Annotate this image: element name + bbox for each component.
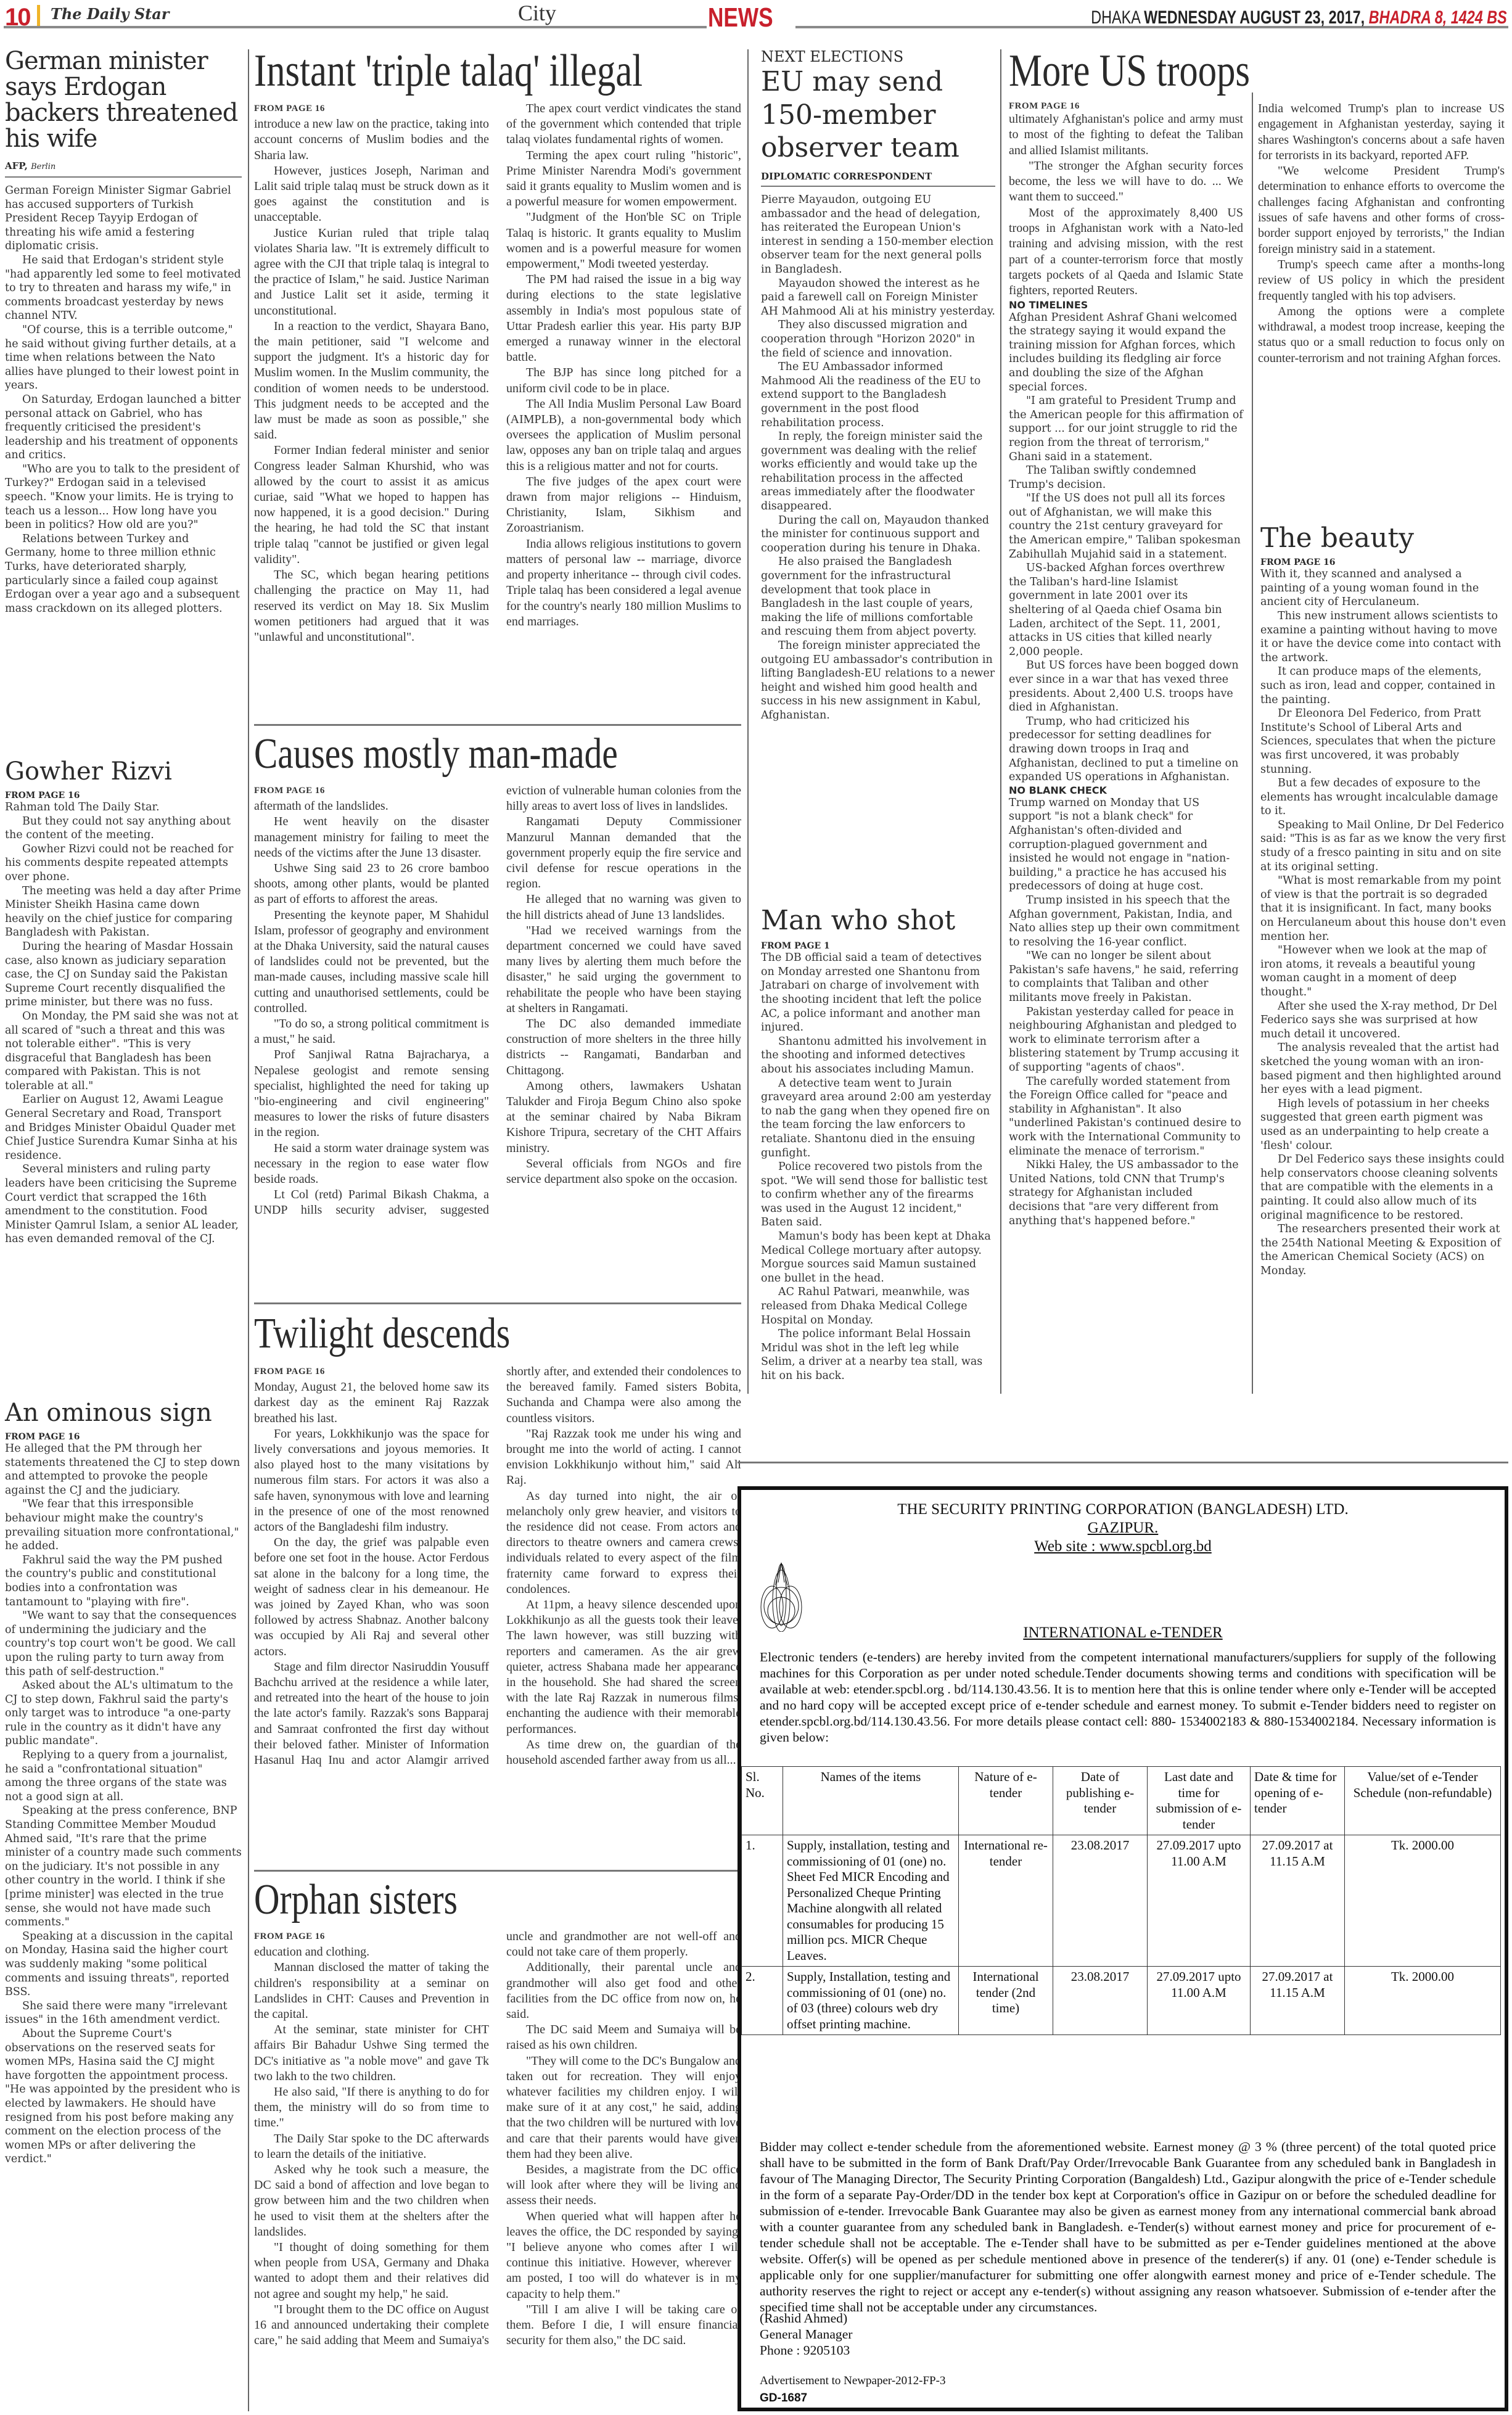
headline: Causes mostly man-made: [254, 733, 654, 776]
section-rule: [738, 1462, 1508, 1463]
column-rule: [1000, 49, 1001, 1394]
continued-from: FROM PAGE 16: [254, 783, 489, 799]
ad-terms: Bidder may collect e-tender schedule fro…: [760, 2139, 1496, 2315]
article-body-col-b: India welcomed Trump's plan to increase …: [1258, 101, 1505, 366]
section-label: NEWS: [708, 2, 773, 33]
headline: The beauty: [1260, 524, 1508, 553]
headline: Orphan sisters: [254, 1878, 654, 1922]
article-body: He alleged that the PM through her state…: [5, 1442, 242, 2166]
article-the-beauty: The beauty FROM PAGE 16 With it, they sc…: [1260, 524, 1508, 1278]
section-rule: [254, 724, 741, 726]
article-body: FROM PAGE 16 introduce a new law on the …: [254, 101, 741, 712]
dateline-date: WEDNESDAY AUGUST 23, 2017,: [1144, 7, 1365, 28]
ad-reference: Advertisement to Newpaper-2012-FP-3: [760, 2373, 1496, 2389]
col-header: Sl. No.: [742, 1767, 783, 1835]
page-number-divider: [37, 5, 40, 26]
dateline-bangla-date: BHADRA 8, 1424 BS: [1369, 7, 1507, 28]
article-eu-observer-team: NEXT ELECTIONS EU may send 150-member ob…: [761, 48, 995, 723]
article-man-who-shot: Man who shot FROM PAGE 1 The DB official…: [761, 907, 995, 1383]
corporation-emblem-icon: [760, 1558, 803, 1632]
col-header: Nature of e-tender: [959, 1767, 1053, 1835]
byline: DIPLOMATIC CORRESPONDENT: [761, 171, 995, 182]
article-body: Rahman told The Daily Star. But they cou…: [5, 800, 242, 1246]
headline: EU may send 150-member observer team: [761, 65, 995, 165]
tender-table: Sl. No. Names of the items Nature of e-t…: [741, 1766, 1501, 2035]
kicker: NEXT ELECTIONS: [761, 48, 995, 65]
article-body: German Foreign Minister Sigmar Gabriel h…: [5, 184, 242, 615]
dateline: DHAKA WEDNESDAY AUGUST 23, 2017, BHADRA …: [1091, 7, 1507, 28]
headline: German minister says Erdogan backers thr…: [5, 48, 242, 152]
article-body-col-a: FROM PAGE 16 ultimately Afghanistan's po…: [1009, 101, 1243, 1228]
column-rule: [248, 49, 249, 2411]
continued-from: FROM PAGE 16: [254, 101, 489, 117]
article-body: FROM PAGE 16 aftermath of the landslides…: [254, 783, 741, 1301]
article-body: Pierre Mayaudon, outgoing EU ambassador …: [761, 193, 995, 723]
ad-intro: Electronic tenders (e-tenders) are hereb…: [760, 1649, 1496, 1745]
col-header: Names of the items: [783, 1767, 959, 1835]
column-rule: [747, 49, 749, 1394]
continued-from: FROM PAGE 16: [1260, 557, 1508, 567]
article-gowher-rizvi: Gowher Rizvi FROM PAGE 16 Rahman told Th…: [5, 759, 242, 1246]
ad-org-name: THE SECURITY PRINTING CORPORATION (BANGL…: [741, 1501, 1505, 1518]
article-more-us-troops: More US troops FROM PAGE 16 ultimately A…: [1009, 48, 1508, 94]
tender-advertisement: THE SECURITY PRINTING CORPORATION (BANGL…: [738, 1486, 1508, 2411]
continued-from: FROM PAGE 16: [1009, 101, 1243, 112]
subhead: NO TIMELINES: [1009, 299, 1243, 311]
section-rule: [254, 1870, 741, 1872]
article-body: The DB official said a team of detective…: [761, 951, 995, 1383]
headline: Man who shot: [761, 907, 995, 935]
col-header: Date of publishing e-tender: [1053, 1767, 1148, 1835]
article-body: FROM PAGE 16 education and clothing. Man…: [254, 1929, 741, 2410]
table-header-row: Sl. No. Names of the items Nature of e-t…: [742, 1767, 1501, 1835]
ad-location: GAZIPUR.: [741, 1520, 1505, 1537]
paper-logo: The Daily Star: [51, 5, 169, 23]
article-body: FROM PAGE 16 Monday, August 21, the belo…: [254, 1364, 741, 1858]
article-body: With it, they scanned and analysed a pai…: [1260, 567, 1508, 1278]
byline: AFP, Berlin: [5, 160, 242, 171]
section-title: City: [518, 0, 556, 26]
headline: Twilight descends: [254, 1312, 654, 1356]
ad-title: INTERNATIONAL e-TENDER: [741, 1624, 1505, 1642]
continued-from: FROM PAGE 16: [5, 1432, 242, 1442]
ad-website[interactable]: Web site : www.spcbl.org.bd: [741, 1538, 1505, 1555]
column-rule: [1252, 93, 1253, 1394]
col-header: Last date and time for submission of e-t…: [1148, 1767, 1251, 1835]
dateline-city: DHAKA: [1091, 7, 1140, 28]
col-header: Value/set of e-Tender Schedule (non-refu…: [1345, 1767, 1501, 1835]
article-orphan-sisters: Orphan sisters FROM PAGE 16 education an…: [254, 1878, 741, 2413]
continued-from: FROM PAGE 16: [5, 791, 242, 800]
headline: Gowher Rizvi: [5, 759, 242, 784]
article-ominous-sign: An ominous sign FROM PAGE 16 He alleged …: [5, 1400, 242, 2166]
signatory-name: (Rashid Ahmed): [760, 2310, 1496, 2326]
ad-signatory: (Rashid Ahmed) General Manager Phone : 9…: [760, 2310, 1496, 2358]
table-row: 1. Supply, installation, testing and com…: [742, 1835, 1501, 1967]
byline-rule: [761, 186, 995, 187]
ad-code: GD-1687: [760, 2390, 1496, 2406]
headline: An ominous sign: [5, 1400, 242, 1426]
article-twilight-descends: Twilight descends FROM PAGE 16 Monday, A…: [254, 1312, 741, 1867]
masthead-rule-left: [4, 26, 707, 28]
headline: Instant 'triple talaq' illegal: [254, 48, 654, 94]
signatory-title: General Manager: [760, 2326, 1496, 2342]
section-rule: [254, 1302, 741, 1304]
byline-rule: [5, 176, 242, 178]
continued-from: FROM PAGE 16: [254, 1929, 489, 1944]
article-german-minister: German minister says Erdogan backers thr…: [5, 48, 242, 615]
article-causes-man-made: Causes mostly man-made FROM PAGE 16 afte…: [254, 733, 741, 1303]
headline: More US troops: [1009, 48, 1418, 94]
continued-from: FROM PAGE 16: [254, 1364, 489, 1380]
masthead: 10 The Daily Star City NEWS DHAKA WEDNES…: [0, 0, 1512, 35]
continued-from: FROM PAGE 1: [761, 941, 995, 951]
article-triple-talaq: Instant 'triple talaq' illegal FROM PAGE…: [254, 48, 741, 714]
col-header: Date & time for opening of e-tender: [1251, 1767, 1345, 1835]
table-row: 2. Supply, Installation, testing and com…: [742, 1967, 1501, 2035]
signatory-phone: Phone : 9205103: [760, 2342, 1496, 2358]
subhead: NO BLANK CHECK: [1009, 784, 1243, 796]
